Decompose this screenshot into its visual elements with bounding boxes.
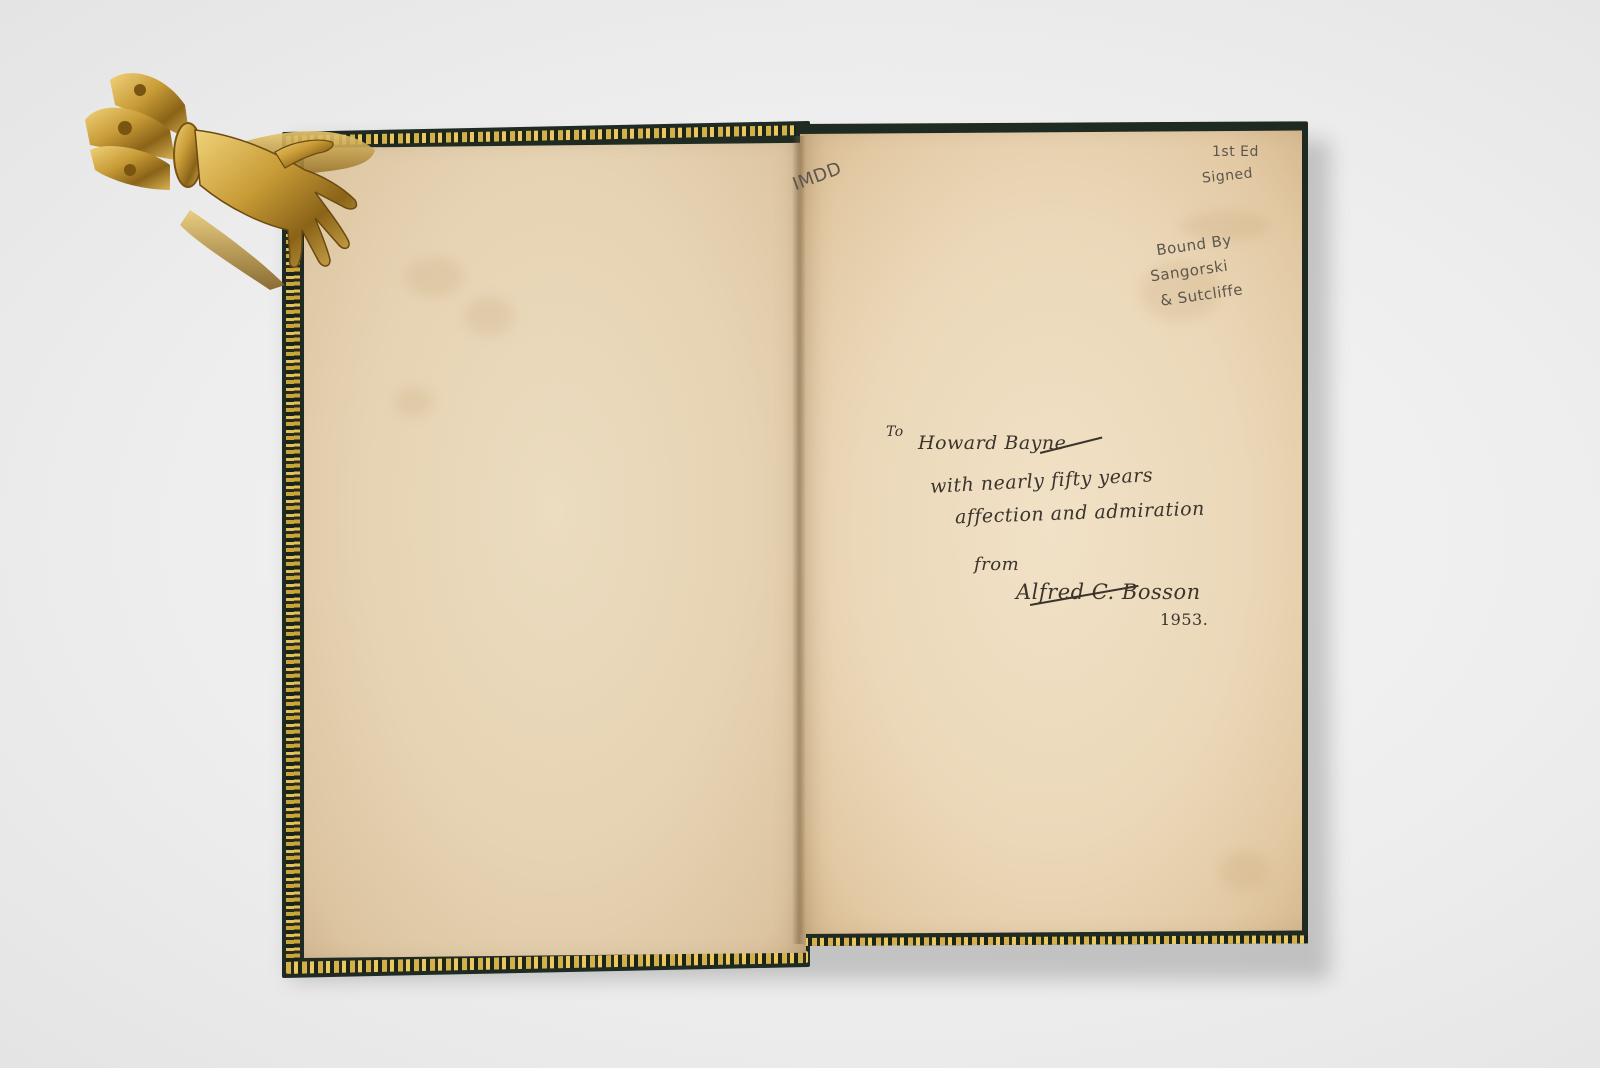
- pencil-note-first-edition: 1st Ed: [1212, 144, 1259, 160]
- book-gutter: [792, 136, 806, 944]
- inscription-to: To: [886, 424, 904, 440]
- inscription-date: 1953.: [1160, 610, 1208, 629]
- photo-scene: IMDD 1st Ed Signed Bound By Sangorski & …: [0, 0, 1600, 1068]
- right-page: [800, 130, 1302, 934]
- inscription-signature: Alfred C. Bosson: [1016, 580, 1201, 604]
- brass-hand-clip-icon: [70, 60, 380, 290]
- inscription-from: from: [974, 554, 1019, 575]
